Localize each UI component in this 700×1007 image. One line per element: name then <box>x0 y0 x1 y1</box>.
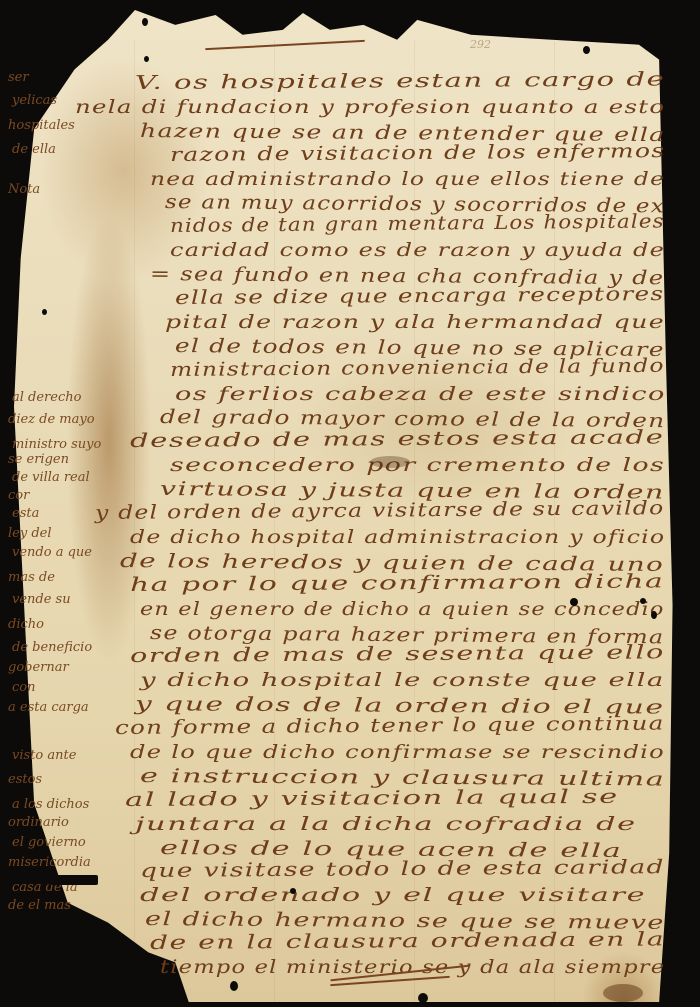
margin-annotation: vende su <box>12 592 71 607</box>
margin-annotation: ministro suyo <box>12 437 101 452</box>
damage-corner <box>0 945 60 1007</box>
margin-annotation: con <box>12 680 35 695</box>
damage-patch <box>48 875 98 885</box>
manuscript-line: de dicho hospital administracion y ofici… <box>130 526 665 548</box>
margin-annotation: mas de <box>8 570 55 585</box>
margin-annotation: ley del <box>8 526 52 541</box>
margin-annotation: al derecho <box>12 390 81 405</box>
margin-annotation: yelicas <box>12 93 57 108</box>
ink-dot <box>42 309 47 315</box>
manuscript-line: ella se dize que encarga receptores <box>175 283 665 309</box>
margin-annotation: gobernar <box>8 660 69 675</box>
margin-annotation: hospitales <box>8 118 75 133</box>
margin-annotation: ordinario <box>8 815 69 830</box>
manuscript-line: que visitase todo lo de esta caridad <box>140 856 665 882</box>
worm-hole <box>144 56 149 62</box>
manuscript-line: con forme a dicho tener lo que continua <box>115 713 665 739</box>
ink-stain <box>370 456 410 468</box>
manuscript-line: ha por lo que confirmaron dicha <box>130 570 665 596</box>
margin-annotation: diez de mayo <box>8 412 95 427</box>
worm-hole <box>583 46 590 54</box>
manuscript-line: tiempo el ministerio se y da ala siempre <box>160 956 665 978</box>
folio-number: 292 <box>470 38 491 51</box>
manuscript-line: ministracion conveniencia de la fundo <box>170 354 665 380</box>
margin-annotation: dicho <box>8 617 44 632</box>
ink-dot <box>570 598 578 606</box>
margin-annotation: de villa real <box>12 470 90 485</box>
margin-annotation: el govierno <box>12 835 86 850</box>
manuscript-line: nela di fundacion y profesion quanto a e… <box>75 96 665 118</box>
worm-hole <box>142 18 148 26</box>
margin-annotation: de beneficio <box>12 640 92 655</box>
margin-annotation: vendo a que <box>12 545 92 560</box>
manuscript-line: caridad como es de razon y ayuda de <box>170 239 665 261</box>
manuscript-line: de lo que dicho confirmase se rescindio <box>130 741 665 763</box>
manuscript-line: razon de visitacion de los enfermos <box>170 140 666 166</box>
manuscript-line: y dicho hospital le conste que ella <box>140 669 665 691</box>
ink-dot <box>418 993 428 1003</box>
margin-annotation: de el mas <box>8 898 71 913</box>
margin-annotation: se erigen <box>8 452 69 467</box>
manuscript-line: pital de razon y ala hermandad que <box>165 311 665 333</box>
manuscript-line: de en la clausura ordenada en la <box>150 928 665 954</box>
manuscript-line: al lado y visitacion la qual se <box>125 786 619 811</box>
ink-dot <box>290 888 296 894</box>
margin-annotation: esta <box>12 506 39 521</box>
manuscript-line: os ferlios cabeza de este sindico <box>175 383 666 405</box>
manuscript-line: orden de mas de sesenta que ello <box>130 642 665 668</box>
ink-dot <box>230 981 238 991</box>
ink-dot <box>640 598 646 604</box>
ink-dot <box>651 611 657 619</box>
manuscript-line: deseado de mas estos esta acade <box>130 427 665 453</box>
manuscript-line: seconcedero por cremento de los <box>170 454 665 476</box>
manuscript-line: del ordenado y el que visitare <box>140 884 646 906</box>
manuscript-line: en el genero de dicho a quien se concedi… <box>140 598 665 620</box>
margin-annotation: misericordia <box>8 855 91 870</box>
margin-annotation: visto ante <box>12 748 76 763</box>
margin-annotation: Nota <box>8 182 40 197</box>
margin-annotation: estos <box>8 772 42 787</box>
manuscript-line: nea administrando lo que ellos tiene de <box>150 168 665 190</box>
margin-annotation: cor <box>8 488 29 503</box>
margin-annotation: a los dichos <box>12 797 89 812</box>
ink-stain <box>603 984 643 1002</box>
manuscript-line: juntara a la dicha cofradia de <box>135 813 637 835</box>
margin-annotation: de ella <box>12 142 56 157</box>
margin-annotation: ser <box>8 70 29 85</box>
margin-annotation: a esta carga <box>8 700 89 715</box>
manuscript-line: V. os hospitales estan a cargo de <box>135 68 666 94</box>
